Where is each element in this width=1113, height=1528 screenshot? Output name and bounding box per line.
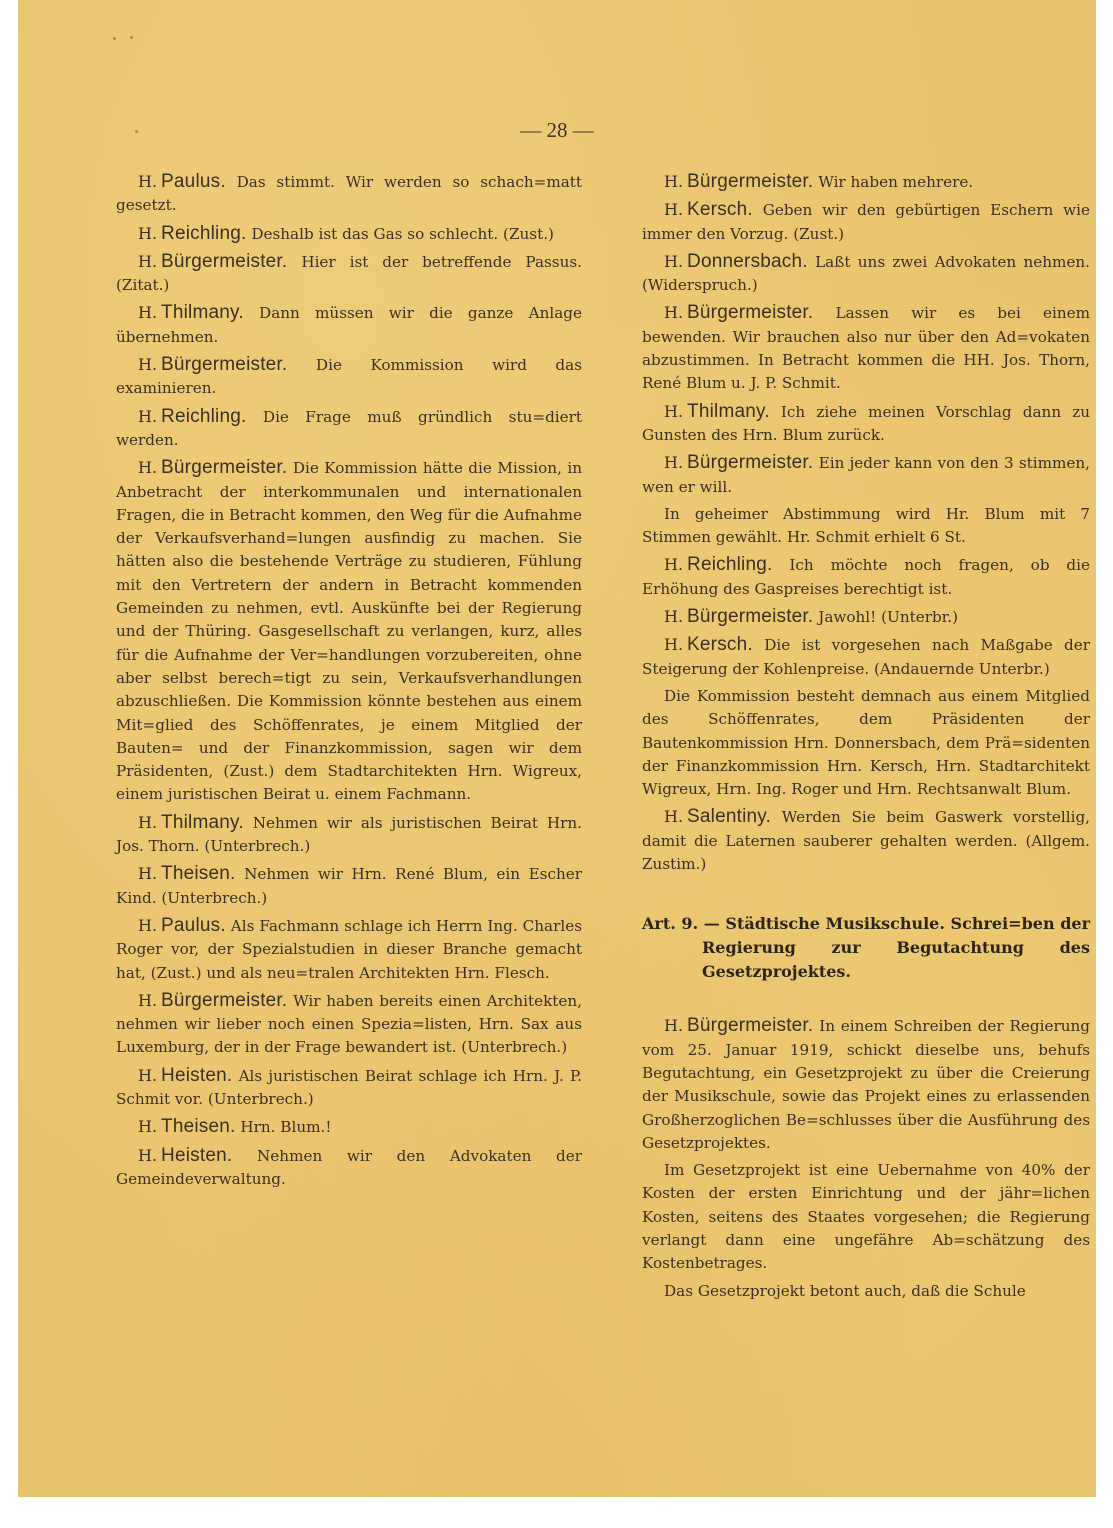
- speech-paragraph: H.Reichling. Die Frage muß gründlich stu…: [116, 405, 582, 453]
- speaker-name: Bürgermeister.: [161, 354, 287, 375]
- paragraph-text: Wir haben mehrere.: [818, 173, 973, 191]
- speech-paragraph: H.Thilmany. Nehmen wir als juristischen …: [116, 811, 582, 859]
- speech-paragraph: H.Bürgermeister. Wir haben mehrere.: [642, 170, 1090, 194]
- paragraph-text: In geheimer Abstimmung wird Hr. Blum mit…: [642, 505, 1090, 546]
- speaker-name: Kersch.: [687, 199, 753, 220]
- speaker-prefix: H.: [664, 200, 683, 219]
- speech-paragraph: H.Paulus. Das stimmt. Wir werden so scha…: [116, 170, 582, 218]
- speech-paragraph: H.Bürgermeister. Hier ist der betreffend…: [116, 250, 582, 298]
- speech-paragraph: H.Kersch. Geben wir den gebürtigen Esche…: [642, 198, 1090, 246]
- speech-paragraph: H.Bürgermeister. Die Kommission hätte di…: [116, 456, 582, 806]
- speaker-name: Bürgermeister.: [161, 251, 287, 272]
- speech-paragraph: H.Donnersbach. Laßt uns zwei Advokaten n…: [642, 250, 1090, 298]
- speaker-prefix: H.: [664, 402, 683, 421]
- speaker-name: Reichling.: [687, 554, 772, 575]
- speaker-name: Heisten.: [161, 1145, 232, 1166]
- speech-paragraph: H.Bürgermeister. Lassen wir es bei einem…: [642, 301, 1090, 395]
- right-column: H.Bürgermeister. Wir haben mehrere.H.Ker…: [642, 170, 1090, 1307]
- paragraph-text: Im Gesetzprojekt ist eine Uebernahme von…: [642, 1161, 1090, 1272]
- document-page: — 28 — H.Paulus. Das stimmt. Wir werden …: [18, 0, 1096, 1497]
- speech-paragraph: H.Reichling. Ich möchte noch fragen, ob …: [642, 553, 1090, 601]
- speaker-prefix: H.: [664, 635, 683, 654]
- speaker-name: Bürgermeister.: [687, 171, 813, 192]
- speaker-name: Bürgermeister.: [687, 606, 813, 627]
- speaker-name: Bürgermeister.: [687, 452, 813, 473]
- speaker-prefix: H.: [664, 303, 683, 322]
- speaker-prefix: H.: [664, 252, 683, 271]
- narrative-paragraph: In geheimer Abstimmung wird Hr. Blum mit…: [642, 503, 1090, 550]
- paper-speck: [113, 37, 116, 40]
- speaker-prefix: H.: [138, 252, 157, 271]
- speaker-prefix: H.: [664, 607, 683, 626]
- speech-paragraph: H.Salentiny. Werden Sie beim Gaswerk vor…: [642, 805, 1090, 876]
- right-paragraphs-after: H.Bürgermeister. In einem Schreiben der …: [642, 1014, 1090, 1303]
- speaker-name: Kersch.: [687, 634, 753, 655]
- speech-paragraph: H.Thilmany. Dann müssen wir die ganze An…: [116, 301, 582, 349]
- speaker-prefix: H.: [664, 1016, 683, 1035]
- speaker-prefix: H.: [138, 1146, 157, 1165]
- speech-paragraph: H.Reichling. Deshalb ist das Gas so schl…: [116, 222, 582, 246]
- speaker-name: Thilmany.: [161, 812, 244, 833]
- speaker-name: Paulus.: [161, 171, 226, 192]
- speech-paragraph: H.Paulus. Als Fachmann schlage ich Herrn…: [116, 914, 582, 985]
- speaker-name: Bürgermeister.: [687, 302, 813, 323]
- speaker-name: Thilmany.: [687, 401, 770, 422]
- speaker-name: Donnersbach.: [687, 251, 808, 272]
- paragraph-text: Jawohl! (Unterbr.): [818, 608, 958, 626]
- speaker-prefix: H.: [664, 807, 683, 826]
- narrative-paragraph: Die Kommission besteht demnach aus einem…: [642, 685, 1090, 801]
- speaker-prefix: H.: [138, 991, 157, 1010]
- speech-paragraph: H.Kersch. Die ist vorgesehen nach Maßgab…: [642, 633, 1090, 681]
- speaker-name: Paulus.: [161, 915, 226, 936]
- speech-paragraph: H.Thilmany. Ich ziehe meinen Vorschlag d…: [642, 400, 1090, 448]
- speech-paragraph: H.Bürgermeister. Wir haben bereits einen…: [116, 989, 582, 1060]
- article-heading: Art. 9. — Städtische Musikschule. Schrei…: [642, 912, 1090, 984]
- speaker-prefix: H.: [664, 555, 683, 574]
- speaker-name: Thilmany.: [161, 302, 244, 323]
- paragraph-text: In einem Schreiben der Regierung vom 25.…: [642, 1017, 1090, 1151]
- speech-paragraph: H.Bürgermeister. Die Kommission wird das…: [116, 353, 582, 401]
- paragraph-text: Das Gesetzprojekt betont auch, daß die S…: [664, 1282, 1026, 1300]
- page-number: — 28 —: [18, 118, 1096, 143]
- speaker-prefix: H.: [138, 1117, 157, 1136]
- speaker-name: Reichling.: [161, 223, 246, 244]
- speaker-name: Theisen.: [161, 1116, 235, 1137]
- speech-paragraph: H.Bürgermeister. Jawohl! (Unterbr.): [642, 605, 1090, 629]
- speaker-prefix: H.: [138, 303, 157, 322]
- speaker-prefix: H.: [138, 224, 157, 243]
- paragraph-text: Deshalb ist das Gas so schlecht. (Zust.): [251, 225, 554, 243]
- speaker-prefix: H.: [138, 813, 157, 832]
- speaker-prefix: H.: [664, 453, 683, 472]
- paragraph-text: Die Kommission besteht demnach aus einem…: [642, 687, 1090, 798]
- speaker-prefix: H.: [138, 916, 157, 935]
- narrative-paragraph: Das Gesetzprojekt betont auch, daß die S…: [642, 1280, 1090, 1303]
- speaker-prefix: H.: [138, 458, 157, 477]
- speech-paragraph: H.Heisten. Als juristischen Beirat schla…: [116, 1064, 582, 1112]
- left-column: H.Paulus. Das stimmt. Wir werden so scha…: [116, 170, 582, 1195]
- narrative-paragraph: Im Gesetzprojekt ist eine Uebernahme von…: [642, 1159, 1090, 1275]
- speaker-prefix: H.: [138, 407, 157, 426]
- speech-paragraph: H.Bürgermeister. Ein jeder kann von den …: [642, 451, 1090, 499]
- paragraph-text: Die Kommission hätte die Mission, in Anb…: [116, 459, 582, 803]
- speech-paragraph: H.Theisen. Hrn. Blum.!: [116, 1115, 582, 1139]
- speaker-name: Theisen.: [161, 863, 235, 884]
- speaker-prefix: H.: [664, 172, 683, 191]
- speech-paragraph: H.Bürgermeister. In einem Schreiben der …: [642, 1014, 1090, 1155]
- speaker-name: Reichling.: [161, 406, 246, 427]
- speaker-prefix: H.: [138, 864, 157, 883]
- speaker-name: Bürgermeister.: [687, 1015, 813, 1036]
- speech-paragraph: H.Heisten. Nehmen wir den Advokaten der …: [116, 1144, 582, 1192]
- paper-speck: [130, 36, 133, 39]
- speaker-name: Heisten.: [161, 1065, 232, 1086]
- paragraph-text: Hrn. Blum.!: [240, 1118, 331, 1136]
- speaker-prefix: H.: [138, 172, 157, 191]
- speaker-prefix: H.: [138, 1066, 157, 1085]
- speaker-name: Bürgermeister.: [161, 457, 287, 478]
- speaker-name: Salentiny.: [687, 806, 771, 827]
- right-paragraphs-before: H.Bürgermeister. Wir haben mehrere.H.Ker…: [642, 170, 1090, 876]
- speaker-name: Bürgermeister.: [161, 990, 287, 1011]
- speech-paragraph: H.Theisen. Nehmen wir Hrn. René Blum, ei…: [116, 862, 582, 910]
- speaker-prefix: H.: [138, 355, 157, 374]
